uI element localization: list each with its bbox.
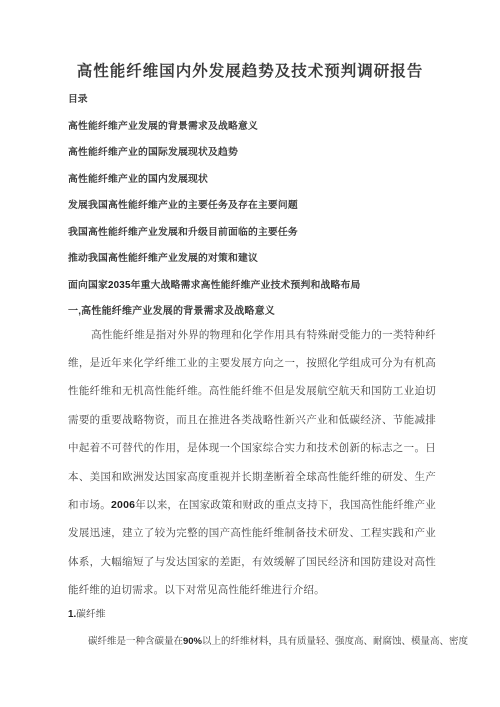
toc-item-7-text-post: 年重大战略需求高性能纤维产业技术预判和战略布局 (131, 280, 361, 291)
section-1-heading: 一,高性能纤维产业发展的背景需求及战略意义 (68, 305, 436, 318)
toc-item-4: 发展我国高性能纤维产业的主要任务及存在主要问题 (68, 199, 436, 212)
subsection-carbon-fiber-heading: 1.碳纤维 (68, 608, 500, 621)
section-1-paragraph-year: 2006 (111, 499, 135, 511)
subsection-number: 1. (68, 609, 76, 620)
carbon-fiber-percentage: 90% (183, 636, 202, 647)
carbon-fiber-text-post: 以上的纤维材料，具有质量轻、强度高、耐腐蚀、模量高、密度 (202, 636, 468, 647)
section-1-paragraph-text-post: 年以来，在国家政策和财政的重点支持下，我国高性能纤维产业发展迅速，建立了较为完整… (68, 499, 436, 596)
subsection-title: 碳纤维 (76, 609, 105, 620)
toc-item-1: 高性能纤维产业发展的背景需求及战略意义 (68, 120, 436, 133)
toc-item-2: 高性能纤维产业的国际发展现状及趋势 (68, 146, 436, 159)
document-title: 高性能纤维国内外发展趋势及技术预判调研报告 (40, 62, 460, 82)
toc-item-7: 面向国家2035年重大战略需求高性能纤维产业技术预判和战略布局 (68, 279, 436, 292)
carbon-fiber-text-pre: 碳纤维是一种含碳量在 (88, 636, 183, 647)
section-1-paragraph-text-pre: 高性能纤维是指对外界的物理和化学作用具有特殊耐受能力的一类特种纤维，是近年来化学… (68, 329, 436, 511)
toc-item-6: 推动我国高性能纤维产业发展的对策和建议 (68, 252, 436, 265)
toc-list: 高性能纤维产业发展的背景需求及战略意义 高性能纤维产业的国际发展现状及趋势 高性… (0, 120, 500, 292)
toc-item-3: 高性能纤维产业的国内发展现状 (68, 173, 436, 186)
toc-item-7-year: 2035 (108, 280, 131, 291)
document-page: 高性能纤维国内外发展趋势及技术预判调研报告 目录 高性能纤维产业发展的背景需求及… (0, 0, 500, 707)
toc-item-7-text-pre: 面向国家 (68, 280, 108, 291)
toc-item-5: 我国高性能纤维产业发展和升级目前面临的主要任务 (68, 226, 436, 239)
toc-label: 目录 (68, 93, 436, 106)
section-1-paragraph: 高性能纤维是指对外界的物理和化学作用具有特殊耐受能力的一类特种纤维，是近年来化学… (68, 321, 436, 605)
carbon-fiber-paragraph: 碳纤维是一种含碳量在90%以上的纤维材料，具有质量轻、强度高、耐腐蚀、模量高、密… (68, 635, 500, 648)
